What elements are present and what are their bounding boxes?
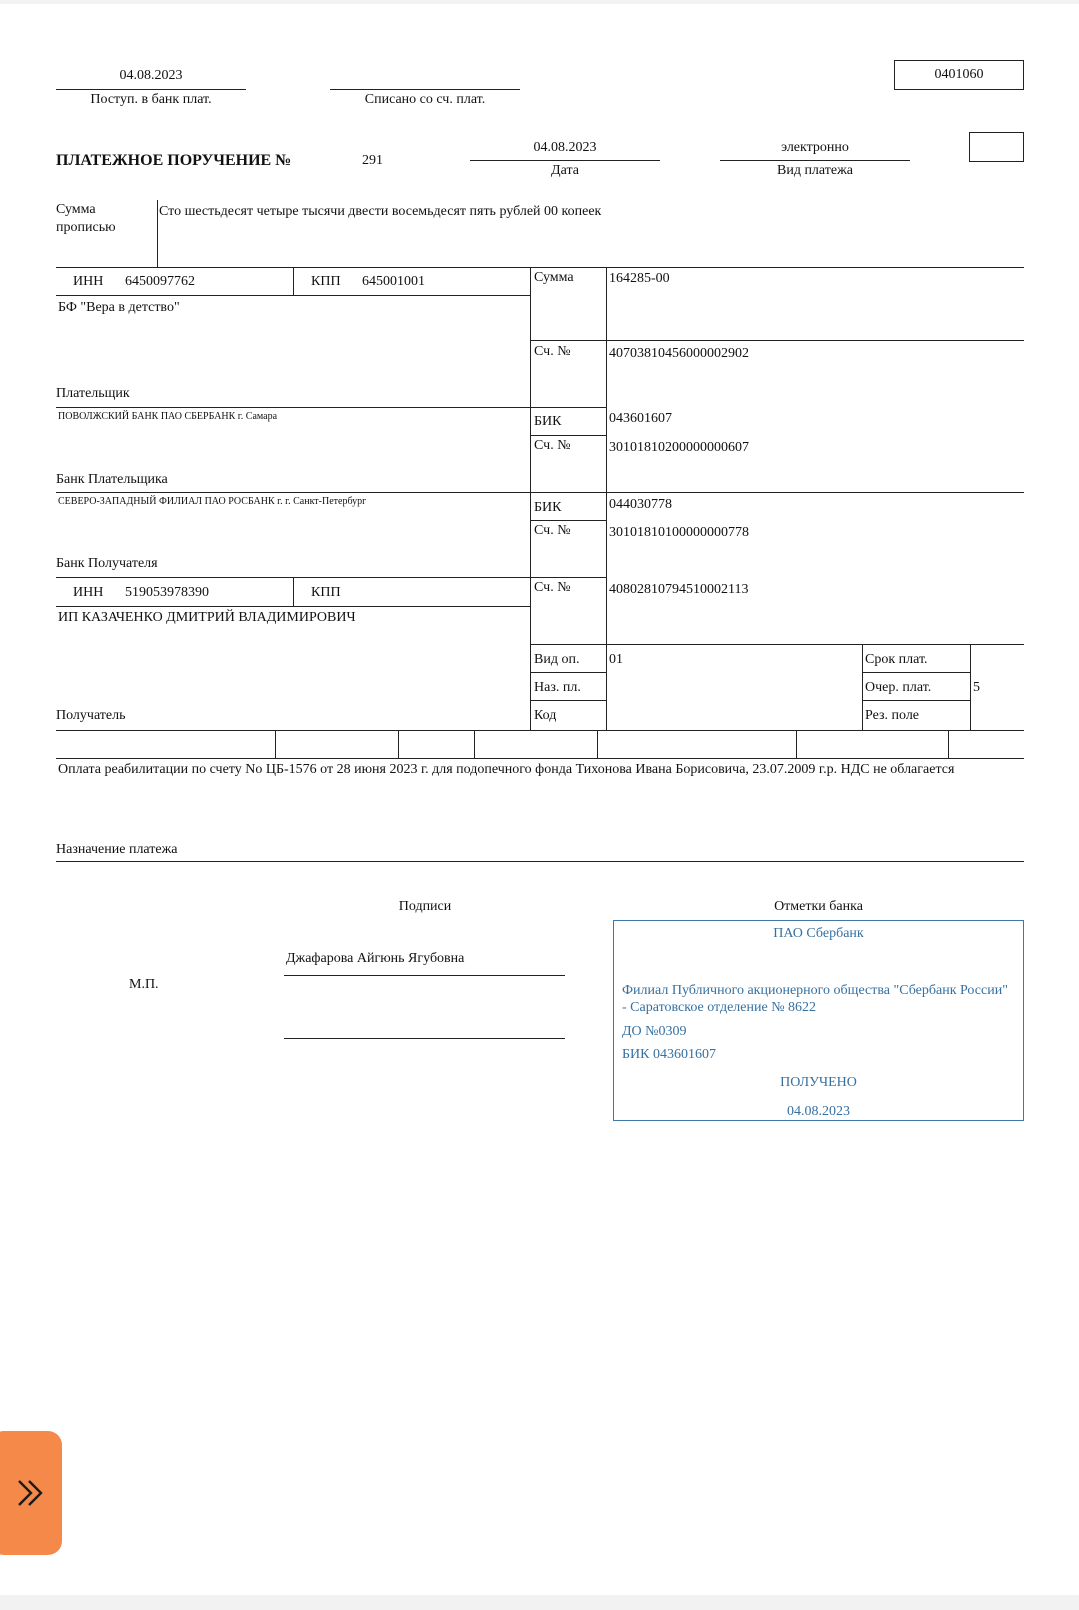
op-type-label: Вид оп. [534, 652, 579, 668]
divider [530, 520, 606, 521]
stamp-branch: Филиал Публичного акционерного общества … [622, 982, 1012, 1016]
purpose-code-label: Наз. пл. [534, 680, 581, 696]
payee-bank-name: СЕВЕРО-ЗАПАДНЫЙ ФИЛИАЛ ПАО РОСБАНК г. г.… [58, 496, 366, 508]
payer-name: БФ "Вера в детство" [58, 300, 180, 316]
payee-inn: 519053978390 [125, 585, 209, 601]
payer-kpp-label: КПП [311, 274, 341, 290]
divider [970, 644, 971, 730]
payee-kpp-label: КПП [311, 585, 341, 601]
divider [56, 861, 1024, 862]
status-box [969, 132, 1024, 162]
divider [56, 758, 1024, 759]
order-date: 04.08.2023 [470, 140, 660, 156]
amount-words-label-1: Сумма [56, 202, 96, 218]
payer-account: 40703810456000002902 [609, 346, 749, 362]
payee-bank-bik-label: БИК [534, 500, 562, 516]
divider [530, 340, 1024, 341]
payee-name: ИП КАЗАЧЕНКО ДМИТРИЙ ВЛАДИМИРОВИЧ [58, 610, 356, 626]
double-chevron-right-icon [16, 1478, 46, 1508]
payee-bank-account: 30101810100000000778 [609, 525, 749, 541]
payer-bank-account-label: Сч. № [534, 438, 571, 454]
top-bar [0, 0, 1079, 4]
purpose-text: Оплата реабилитации по счету No ЦБ-1576 … [58, 761, 1008, 779]
payee-label: Получатель [56, 708, 126, 724]
divider [862, 644, 863, 730]
payer-account-label: Сч. № [534, 344, 571, 360]
bank-stamp: ПАО Сбербанк Филиал Публичного акционерн… [613, 920, 1024, 1121]
priority-value: 5 [973, 680, 980, 696]
divider [530, 435, 606, 436]
signer-name: Джафарова Айгюнь Ягубовна [286, 951, 464, 967]
bank-received-date: 04.08.2023 [56, 68, 246, 84]
divider [56, 407, 606, 408]
payer-bank-bik: 043601607 [609, 411, 672, 427]
payer-bank-name: ПОВОЛЖСКИЙ БАНК ПАО СБЕРБАНК г. Самара [58, 411, 277, 423]
stamp-bik: БИК 043601607 [622, 1046, 716, 1063]
priority-label: Очер. плат. [865, 680, 931, 696]
divider [606, 267, 607, 730]
payee-inn-label: ИНН [73, 585, 103, 601]
form-code-box: 0401060 [894, 60, 1024, 90]
payee-bank-bik: 044030778 [609, 497, 672, 513]
sum-label: Сумма [534, 270, 574, 286]
document-title: ПЛАТЕЖНОЕ ПОРУЧЕНИЕ № [56, 153, 291, 169]
divider [293, 577, 294, 606]
code-label: Код [534, 708, 556, 724]
bank-marks-label: Отметки банка [613, 899, 1024, 915]
divider [56, 730, 1024, 731]
debited-label: Списано со сч. плат. [330, 92, 520, 108]
divider [862, 672, 970, 673]
payee-account: 40802810794510002113 [609, 582, 748, 598]
payee-bank-account-label: Сч. № [534, 523, 571, 539]
order-number: 291 [362, 153, 383, 169]
stamp-place: М.П. [129, 977, 159, 993]
amount-words-label-2: прописью [56, 220, 116, 236]
purpose-label: Назначение платежа [56, 842, 178, 858]
stamp-date: 04.08.2023 [614, 1103, 1023, 1120]
due-label: Срок плат. [865, 652, 928, 668]
payment-type-label: Вид платежа [720, 163, 910, 179]
divider [56, 606, 530, 607]
stamp-office: ДО №0309 [622, 1023, 687, 1040]
divider [275, 730, 276, 758]
divider [56, 492, 1024, 493]
divider [530, 644, 1024, 645]
signature-line [284, 975, 565, 976]
sum-value: 164285-00 [609, 271, 670, 287]
divider [56, 295, 530, 296]
divider [56, 577, 606, 578]
divider [720, 160, 910, 161]
divider [474, 730, 475, 758]
divider [530, 672, 606, 673]
amount-words-value: Сто шестьдесят четыре тысячи двести восе… [159, 204, 601, 220]
payer-bank-account: 30101810200000000607 [609, 440, 749, 456]
order-date-label: Дата [470, 163, 660, 179]
payer-bank-label: Банк Плательщика [56, 472, 168, 488]
payer-inn: 6450097762 [125, 274, 195, 290]
signature-line [284, 1038, 565, 1039]
bottom-bar [0, 1595, 1079, 1610]
op-type: 01 [609, 652, 623, 668]
signatures-label: Подписи [285, 899, 565, 915]
payee-bank-label: Банк Получателя [56, 556, 158, 572]
stamp-bank: ПАО Сбербанк [614, 925, 1023, 942]
divider [597, 730, 598, 758]
divider [56, 89, 246, 90]
divider [56, 267, 1024, 268]
payment-type: электронно [720, 140, 910, 156]
divider [470, 160, 660, 161]
payee-account-label: Сч. № [534, 580, 571, 596]
divider [398, 730, 399, 758]
divider [796, 730, 797, 758]
payer-kpp: 645001001 [362, 274, 425, 290]
payer-inn-label: ИНН [73, 274, 103, 290]
divider [530, 700, 606, 701]
payer-bank-bik-label: БИК [534, 414, 562, 430]
payer-label: Плательщик [56, 386, 130, 402]
divider [862, 700, 970, 701]
reserve-label: Рез. поле [865, 708, 919, 724]
divider [948, 730, 949, 758]
divider [330, 89, 520, 90]
divider [530, 267, 531, 730]
stamp-status: ПОЛУЧЕНО [614, 1074, 1023, 1091]
next-button[interactable] [0, 1431, 62, 1555]
divider [293, 267, 294, 295]
form-code: 0401060 [935, 67, 984, 82]
divider [157, 200, 158, 267]
bank-received-label: Поступ. в банк плат. [56, 92, 246, 108]
